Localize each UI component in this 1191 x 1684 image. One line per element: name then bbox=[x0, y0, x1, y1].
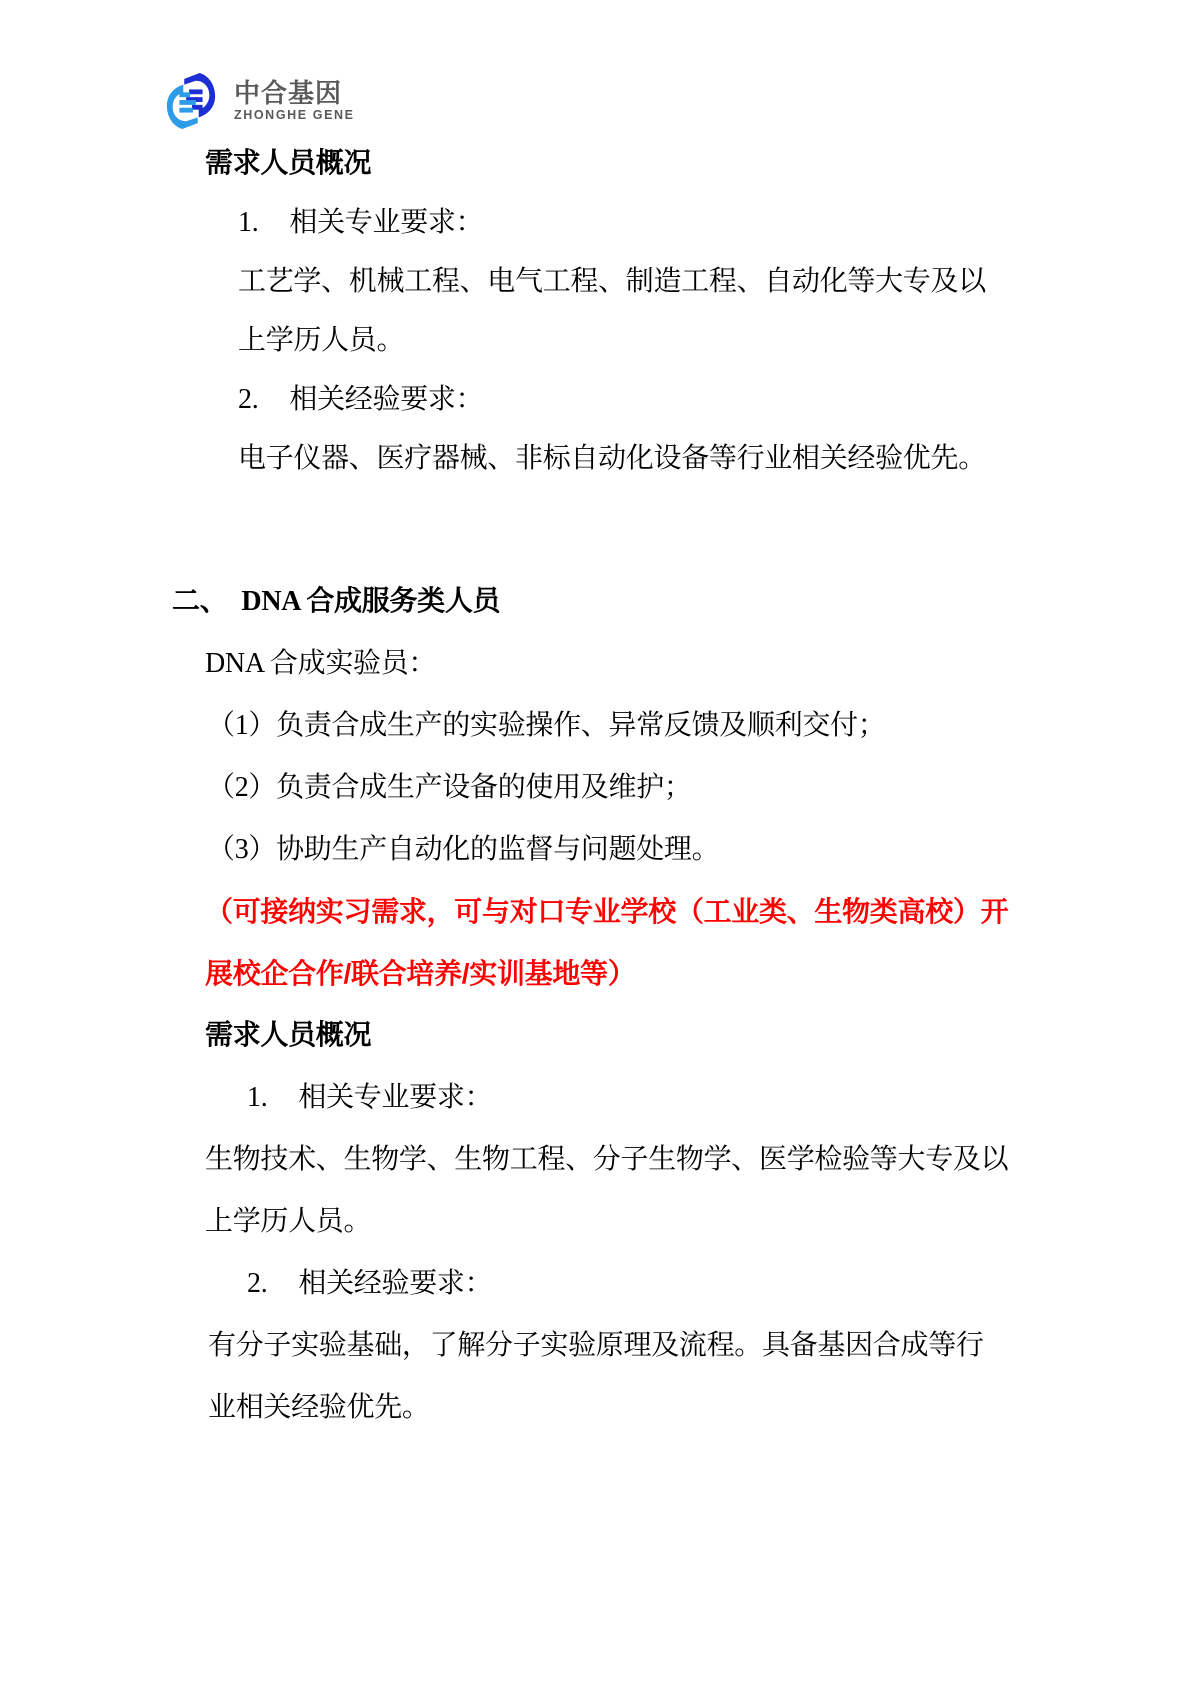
requirement-item-2-2: 2.相关经验要求： bbox=[247, 1253, 1017, 1315]
logo-name-cn: 中合基因 bbox=[234, 79, 355, 107]
requirement-item-1-1: 1.相关专业要求： bbox=[238, 193, 1017, 252]
duty-item-2: （2）负责合成生产设备的使用及维护； bbox=[207, 757, 1017, 819]
logo-name-en: ZHONGHE GENE bbox=[234, 108, 355, 123]
requirement-body-1-2: 电子仪器、医疗器械、非标自动化设备等行业相关经验优先。 bbox=[238, 429, 998, 488]
item-label: 相关经验要求： bbox=[289, 384, 483, 415]
section-2-title: DNA 合成服务类人员 bbox=[241, 586, 500, 617]
item-number: 2. bbox=[238, 384, 258, 415]
item-label: 相关专业要求： bbox=[289, 207, 483, 238]
section-gap bbox=[205, 488, 1017, 571]
logo-text: 中合基因 ZHONGHE GENE bbox=[234, 79, 355, 123]
requirement-body-1-1: 工艺学、机械工程、电气工程、制造工程、自动化等大专及以上学历人员。 bbox=[238, 252, 998, 370]
duty-item-1: （1）负责合成生产的实验操作、异常反馈及顺利交付； bbox=[207, 695, 1017, 757]
internship-note: （可接纳实习需求，可与对口专业学校（工业类、生物类高校）开展校企合作/联合培养/… bbox=[205, 881, 1017, 1005]
overview-heading-1: 需求人员概况 bbox=[205, 134, 1017, 193]
item-label: 相关经验要求： bbox=[298, 1268, 492, 1299]
item-number: 1. bbox=[238, 207, 258, 238]
document-page: 中合基因 ZHONGHE GENE 需求人员概况 1.相关专业要求： 工艺学、机… bbox=[0, 0, 1191, 1684]
requirement-item-2-1: 1.相关专业要求： bbox=[247, 1067, 1017, 1129]
requirement-item-1-2: 2.相关经验要求： bbox=[238, 370, 1017, 429]
company-logo: 中合基因 ZHONGHE GENE bbox=[164, 72, 355, 130]
item-label: 相关专业要求： bbox=[298, 1082, 492, 1113]
section-2-number: 二、 bbox=[172, 586, 227, 617]
requirement-body-2-1: 生物技术、生物学、生物工程、分子生物学、医学检验等大专及以上学历人员。 bbox=[205, 1129, 1017, 1253]
requirement-body-2-2: 有分子实验基础，了解分子实验原理及流程。具备基因合成等行业相关经验优先。 bbox=[208, 1315, 998, 1439]
item-number: 1. bbox=[247, 1082, 267, 1113]
document-content: 需求人员概况 1.相关专业要求： 工艺学、机械工程、电气工程、制造工程、自动化等… bbox=[205, 134, 1017, 1439]
section-2-heading: 二、DNA 合成服务类人员 bbox=[172, 571, 1017, 633]
section-dna-synthesis: 二、DNA 合成服务类人员 DNA 合成实验员： （1）负责合成生产的实验操作、… bbox=[205, 571, 1017, 1439]
dna-helix-icon bbox=[164, 72, 218, 130]
overview-heading-2: 需求人员概况 bbox=[205, 1005, 1017, 1067]
role-title: DNA 合成实验员： bbox=[205, 633, 1017, 695]
item-number: 2. bbox=[247, 1268, 267, 1299]
duty-item-3: （3）协助生产自动化的监督与问题处理。 bbox=[207, 819, 1017, 881]
section-automation-overview: 需求人员概况 1.相关专业要求： 工艺学、机械工程、电气工程、制造工程、自动化等… bbox=[205, 134, 1017, 488]
